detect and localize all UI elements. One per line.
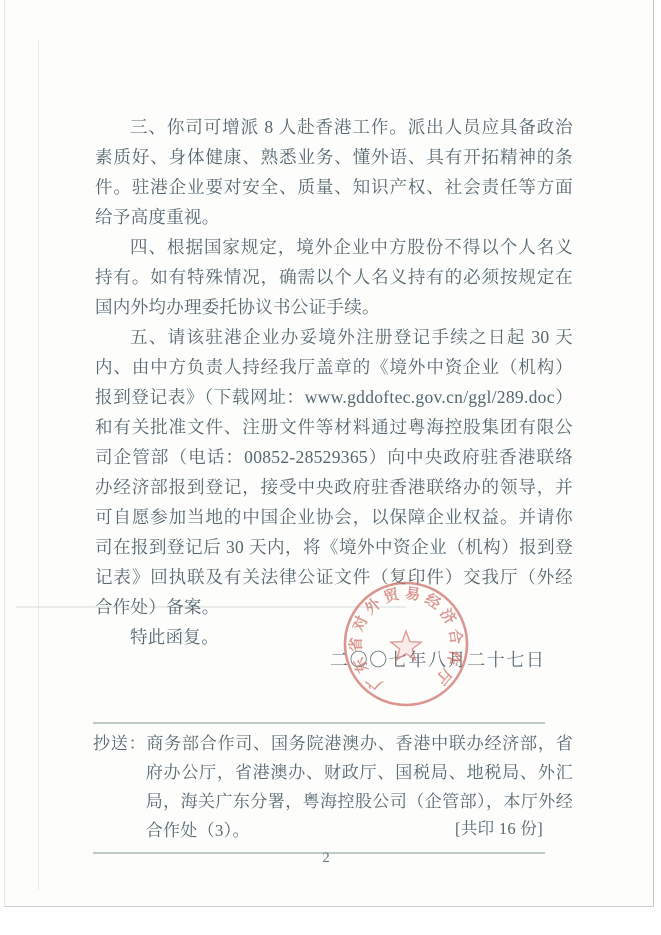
letter-body: 三、你司可增派 8 人赴香港工作。派出人员应具备政治素质好、身体健康、熟悉业务、… bbox=[95, 112, 573, 652]
cc-label: 抄送： bbox=[93, 734, 146, 753]
body-paragraph-4: 四、根据国家规定，境外企业中方股份不得以个人名义持有。如有特殊情况，确需以个人名… bbox=[95, 232, 573, 322]
page-number: 2 bbox=[0, 850, 652, 867]
scanned-document-page: 三、你司可增派 8 人赴香港工作。派出人员应具备政治素质好、身体健康、熟悉业务、… bbox=[0, 0, 661, 935]
print-count-note: [共印 16 份] bbox=[455, 814, 543, 843]
body-paragraph-5: 五、请该驻港企业办妥境外注册登记手续之日起 30 天内、由中方负责人持经我厅盖章… bbox=[95, 322, 573, 622]
body-paragraph-3: 三、你司可增派 8 人赴香港工作。派出人员应具备政治素质好、身体健康、熟悉业务、… bbox=[95, 112, 573, 232]
fold-crease-vertical bbox=[38, 40, 39, 890]
official-seal-stamp: 广东省对外贸易经济合作厅 bbox=[340, 578, 472, 710]
star-icon bbox=[391, 631, 421, 660]
cc-distribution-block: 抄送：商务部合作司、国务院港澳办、香港中联办经济部，省府办公厅，省港澳办、财政厅… bbox=[93, 722, 573, 854]
